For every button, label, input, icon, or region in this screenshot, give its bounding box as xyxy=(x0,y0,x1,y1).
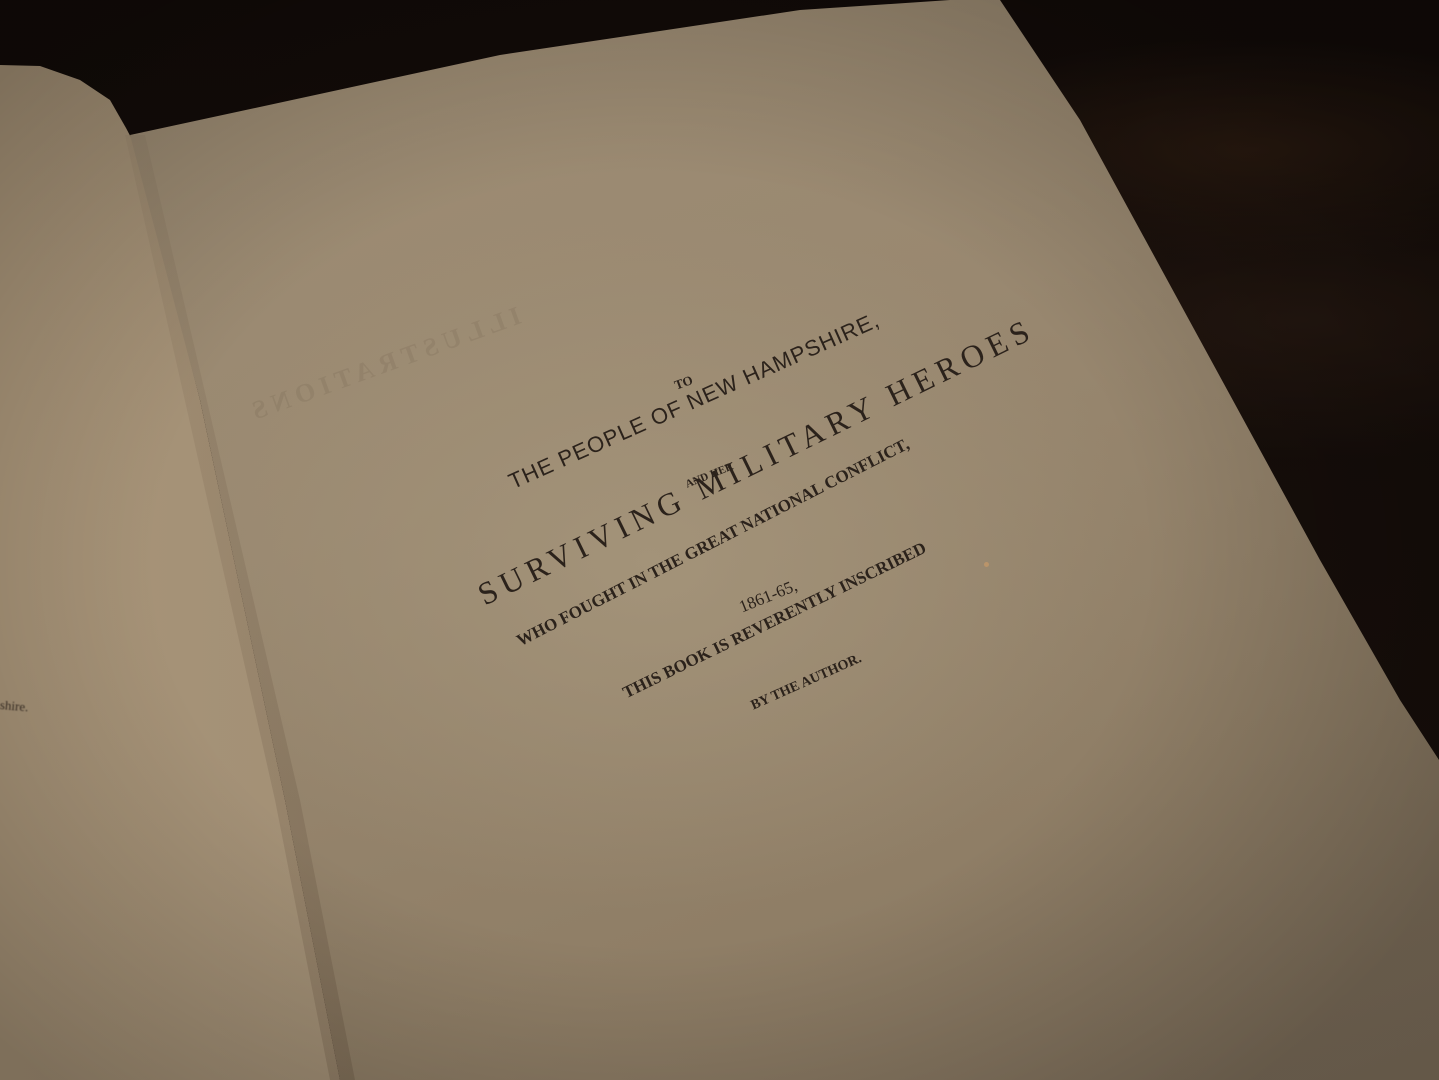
paper-stain xyxy=(984,562,989,567)
left-page-fragment: shire. xyxy=(0,697,29,715)
book-photo: ILLUSTRATIONS shire. TO THE PEOPLE OF NE… xyxy=(0,0,1439,1080)
